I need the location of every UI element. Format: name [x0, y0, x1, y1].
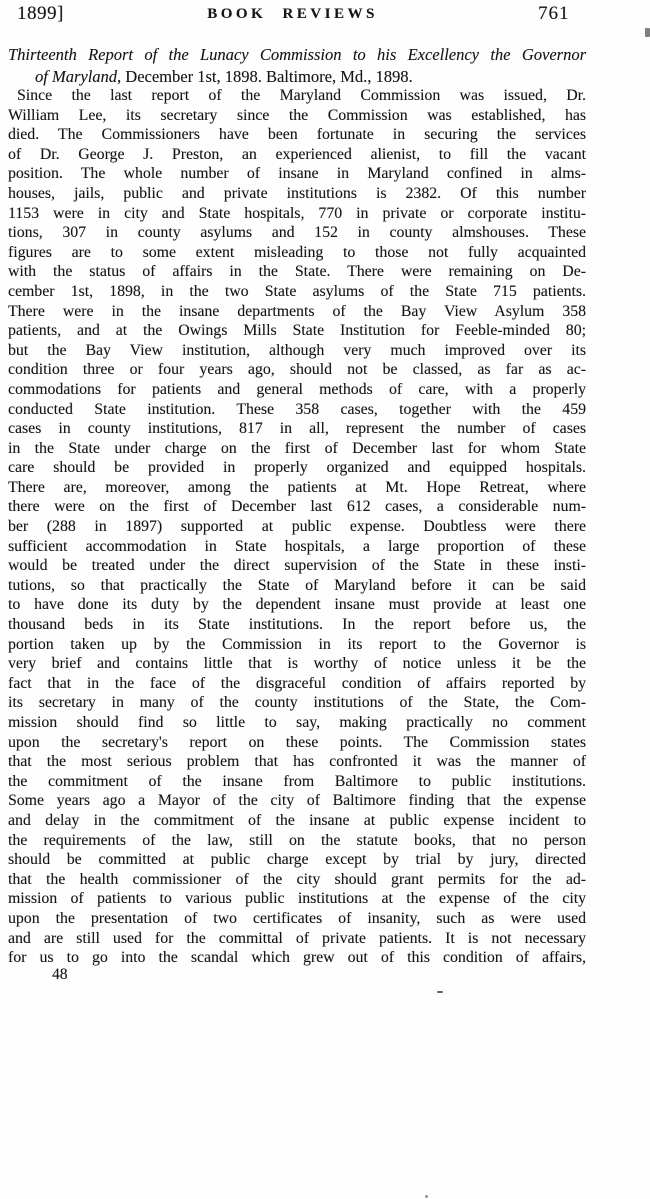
text-line: There were in the insane departments of … — [8, 302, 586, 322]
text-line: sufficient accommodation in State hospit… — [8, 537, 586, 557]
text-line: William Lee, its secretary since the Com… — [8, 106, 586, 126]
signature-mark: 48 — [52, 966, 68, 984]
text-line: commodations for patients and general me… — [8, 380, 586, 400]
text-line: for us to go into the scandal which grew… — [8, 948, 586, 968]
text-line: position. The whole number of insane in … — [8, 164, 586, 184]
header-running-title: BOOK REVIEWS — [0, 6, 585, 23]
text-line: mission should find so little to say, ma… — [8, 713, 586, 733]
text-line: upon the presentation of two certificate… — [8, 909, 586, 929]
text-line: 1153 were in city and State hospitals, 7… — [8, 204, 586, 224]
text-line: should be committed at public charge exc… — [8, 850, 586, 870]
text-line: with the status of affairs in the State.… — [8, 262, 586, 282]
text-line: thousand beds in its State institutions.… — [8, 615, 586, 635]
text-line: its secretary in many of the county inst… — [8, 693, 586, 713]
text-line: the commitment of the insane from Baltim… — [8, 772, 586, 792]
text-line: that the most serious problem that has c… — [8, 752, 586, 772]
text-line: Some years ago a Mayor of the city of Ba… — [8, 791, 586, 811]
review-body-text: Since the last report of the Maryland Co… — [8, 86, 586, 968]
text-line: upon the secretary's report on these poi… — [8, 733, 586, 753]
text-line: tions, 307 in county asylums and 152 in … — [8, 223, 586, 243]
text-line: cases in county institutions, 817 in all… — [8, 419, 586, 439]
header-page-number: 761 — [538, 3, 570, 25]
text-line: there were on the first of December last… — [8, 497, 586, 517]
text-line: but the Bay View institution, although v… — [8, 341, 586, 361]
text-line: cember 1st, 1898, in the two State asylu… — [8, 282, 586, 302]
text-line: in the State under charge on the first o… — [8, 439, 586, 459]
scan-artifact-dash — [437, 991, 443, 993]
text-line: very brief and contains little that is w… — [8, 654, 586, 674]
text-line: condition three or four years ago, shoul… — [8, 360, 586, 380]
text-line: would be treated under the direct superv… — [8, 556, 586, 576]
citation-line-1: Thirteenth Report of the Lunacy Commissi… — [8, 44, 586, 66]
text-line: ber (288 in 1897) supported at public ex… — [8, 517, 586, 537]
scan-artifact-edge-smudge — [645, 28, 650, 37]
scan-artifact-dot — [425, 1195, 428, 1198]
citation-line-2: of Maryland, December 1st, 1898. Baltimo… — [8, 66, 586, 88]
citation-line-2-italic: of Maryland — [35, 67, 117, 86]
review-citation-heading: Thirteenth Report of the Lunacy Commissi… — [8, 44, 586, 87]
text-line: fact that in the face of the disgraceful… — [8, 674, 586, 694]
text-line: and delay in the commitment of the insan… — [8, 811, 586, 831]
text-line: There are, moreover, among the patients … — [8, 478, 586, 498]
text-line: figures are to some extent misleading to… — [8, 243, 586, 263]
book-page: 1899] BOOK REVIEWS 761 Thirteenth Report… — [0, 0, 650, 1199]
text-line: care should be provided in properly orga… — [8, 458, 586, 478]
text-line: that the health commissioner of the city… — [8, 870, 586, 890]
text-line: houses, jails, public and private instit… — [8, 184, 586, 204]
text-line: and are still used for the committal of … — [8, 929, 586, 949]
text-line: mission of patients to various public in… — [8, 889, 586, 909]
text-line: conducted State institution. These 358 c… — [8, 400, 586, 420]
text-line: the requirements of the law, still on th… — [8, 831, 586, 851]
running-header: 1899] BOOK REVIEWS 761 — [0, 3, 650, 27]
text-line: of Dr. George J. Preston, an experienced… — [8, 145, 586, 165]
text-line: died. The Commissioners have been fortun… — [8, 125, 586, 145]
text-line: Since the last report of the Maryland Co… — [8, 86, 586, 106]
text-line: patients, and at the Owings Mills State … — [8, 321, 586, 341]
text-line: tutions, so that practically the State o… — [8, 576, 586, 596]
text-line: portion taken up by the Commission in it… — [8, 635, 586, 655]
citation-line-2-roman: , December 1st, 1898. Baltimore, Md., 18… — [117, 67, 413, 86]
text-line: to have done its duty by the dependent i… — [8, 595, 586, 615]
